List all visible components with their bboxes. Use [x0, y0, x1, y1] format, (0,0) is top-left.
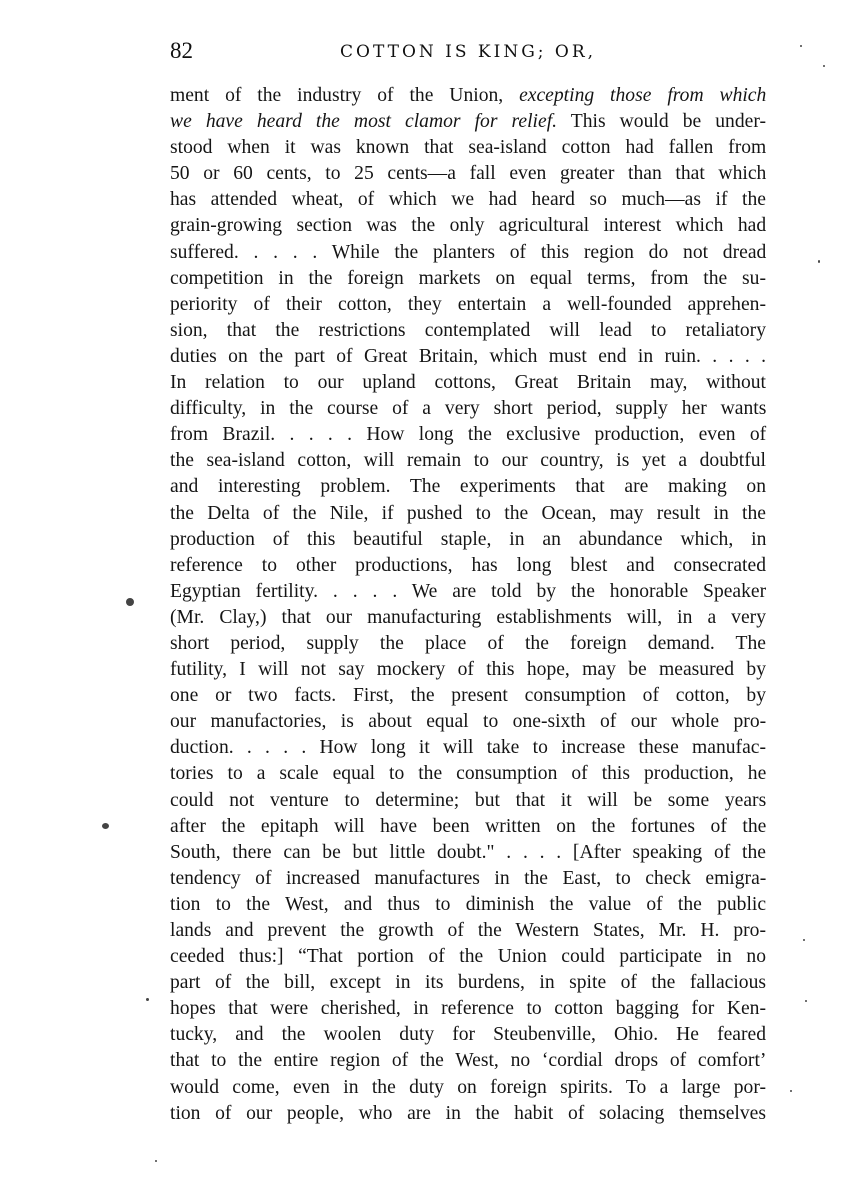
italic-run: we have heard the most clamor for relief… — [170, 111, 557, 132]
scan-speck — [155, 1160, 157, 1162]
scan-speck — [126, 598, 134, 606]
text-line: tucky, and the woolen duty for Steubenvi… — [170, 1022, 766, 1048]
body-text: ment of the industry of the Union, excep… — [170, 83, 766, 1127]
text-line: ceeded thus:] “That portion of the Union… — [170, 944, 766, 970]
text-line: part of the bill, except in its burdens,… — [170, 970, 766, 996]
text-run: tendency of increased manufactures in th… — [170, 868, 766, 889]
text-run: futility, I will not say mockery of this… — [170, 659, 766, 680]
text-run: and interesting problem. The experiments… — [170, 476, 766, 497]
text-line: (Mr. Clay,) that our manufacturing estab… — [170, 605, 766, 631]
text-line: competition in the foreign markets on eq… — [170, 266, 766, 292]
text-run: periority of their cotton, they entertai… — [170, 294, 766, 315]
text-line: after the epitaph will have been written… — [170, 814, 766, 840]
text-run: could not venture to determine; but that… — [170, 790, 766, 811]
text-run: has attended wheat, of which we had hear… — [170, 189, 766, 210]
text-line: reference to other productions, has long… — [170, 553, 766, 579]
text-line: lands and prevent the growth of the West… — [170, 918, 766, 944]
text-line: the Delta of the Nile, if pushed to the … — [170, 501, 766, 527]
text-line: stood when it was known that sea-island … — [170, 135, 766, 161]
text-run: the sea-island cotton, will remain to ou… — [170, 450, 766, 471]
text-run: tories to a scale equal to the consumpti… — [170, 763, 766, 784]
text-run: stood when it was known that sea-island … — [170, 137, 766, 158]
text-line: that to the entire region of the West, n… — [170, 1048, 766, 1074]
text-line: tion to the West, and thus to diminish t… — [170, 892, 766, 918]
text-run: difficulty, in the course of a very shor… — [170, 398, 766, 419]
text-line: hopes that were cherished, in reference … — [170, 996, 766, 1022]
text-line: ment of the industry of the Union, excep… — [170, 83, 766, 109]
text-run: tucky, and the woolen duty for Steubenvi… — [170, 1024, 766, 1045]
text-run: duties on the part of Great Britain, whi… — [170, 346, 766, 367]
book-page: 82 COTTON IS KING; OR, ment of the indus… — [0, 0, 859, 1200]
italic-run: excepting those from which — [519, 85, 766, 106]
text-run: hopes that were cherished, in reference … — [170, 998, 766, 1019]
scan-speck — [102, 823, 109, 829]
scan-speck — [823, 65, 825, 67]
text-line: 50 or 60 cents, to 25 cents—a fall even … — [170, 161, 766, 187]
text-line: South, there can be but little doubt." .… — [170, 840, 766, 866]
text-line: our manufactories, is about equal to one… — [170, 709, 766, 735]
text-run: short period, supply the place of the fo… — [170, 633, 766, 654]
scan-speck — [805, 1000, 807, 1002]
scan-speck — [803, 939, 805, 941]
text-run: (Mr. Clay,) that our manufacturing estab… — [170, 607, 766, 628]
text-run: after the epitaph will have been written… — [170, 816, 766, 837]
text-run: sion, that the restrictions contemplated… — [170, 320, 766, 341]
text-line: futility, I will not say mockery of this… — [170, 657, 766, 683]
text-run: In relation to our upland cottons, Great… — [170, 372, 766, 393]
text-run: Egyptian fertility. . . . . We are told … — [170, 581, 766, 602]
scan-speck — [790, 1090, 792, 1092]
text-line: from Brazil. . . . . How long the exclus… — [170, 422, 766, 448]
text-line: and interesting problem. The experiments… — [170, 474, 766, 500]
text-run: from Brazil. . . . . How long the exclus… — [170, 424, 766, 445]
text-line: tion of our people, who are in the habit… — [170, 1101, 766, 1127]
text-line: difficulty, in the course of a very shor… — [170, 396, 766, 422]
text-run: 50 or 60 cents, to 25 cents—a fall even … — [170, 163, 766, 184]
running-head: COTTON IS KING; OR, — [340, 42, 596, 62]
text-line: sion, that the restrictions contemplated… — [170, 318, 766, 344]
text-line: periority of their cotton, they entertai… — [170, 292, 766, 318]
text-run: tion to the West, and thus to diminish t… — [170, 894, 766, 915]
text-line: suffered. . . . . While the planters of … — [170, 240, 766, 266]
text-line: tories to a scale equal to the consumpti… — [170, 761, 766, 787]
text-run: production of this beautiful staple, in … — [170, 529, 766, 550]
text-line: the sea-island cotton, will remain to ou… — [170, 448, 766, 474]
page-header: 82 COTTON IS KING; OR, — [170, 38, 770, 68]
text-run: that to the entire region of the West, n… — [170, 1050, 766, 1071]
text-line: could not venture to determine; but that… — [170, 788, 766, 814]
text-line: short period, supply the place of the fo… — [170, 631, 766, 657]
text-line: has attended wheat, of which we had hear… — [170, 187, 766, 213]
text-run: suffered. . . . . While the planters of … — [170, 242, 766, 263]
text-run: part of the bill, except in its burdens,… — [170, 972, 766, 993]
text-run: our manufactories, is about equal to one… — [170, 711, 766, 732]
text-run: lands and prevent the growth of the West… — [170, 920, 766, 941]
text-line: we have heard the most clamor for relief… — [170, 109, 766, 135]
text-line: duction. . . . . How long it will take t… — [170, 735, 766, 761]
text-run: duction. . . . . How long it will take t… — [170, 737, 766, 758]
text-run: reference to other productions, has long… — [170, 555, 766, 576]
text-run: one or two facts. First, the present con… — [170, 685, 766, 706]
text-run: ment of the industry of the Union, — [170, 85, 519, 106]
text-line: Egyptian fertility. . . . . We are told … — [170, 579, 766, 605]
text-run: would come, even in the duty on foreign … — [170, 1077, 766, 1098]
text-line: grain-growing section was the only agric… — [170, 213, 766, 239]
text-line: would come, even in the duty on foreign … — [170, 1075, 766, 1101]
text-line: In relation to our upland cottons, Great… — [170, 370, 766, 396]
page-number: 82 — [170, 38, 193, 64]
text-line: duties on the part of Great Britain, whi… — [170, 344, 766, 370]
scan-speck — [800, 45, 802, 47]
scan-speck — [146, 998, 149, 1001]
scan-speck — [818, 260, 820, 263]
text-run: grain-growing section was the only agric… — [170, 215, 766, 236]
text-run: South, there can be but little doubt." .… — [170, 842, 766, 863]
text-run: This would be under- — [557, 111, 766, 132]
text-run: the Delta of the Nile, if pushed to the … — [170, 503, 766, 524]
text-line: production of this beautiful staple, in … — [170, 527, 766, 553]
text-line: one or two facts. First, the present con… — [170, 683, 766, 709]
text-run: competition in the foreign markets on eq… — [170, 268, 766, 289]
text-run: tion of our people, who are in the habit… — [170, 1103, 766, 1124]
text-run: ceeded thus:] “That portion of the Union… — [170, 946, 766, 967]
text-line: tendency of increased manufactures in th… — [170, 866, 766, 892]
